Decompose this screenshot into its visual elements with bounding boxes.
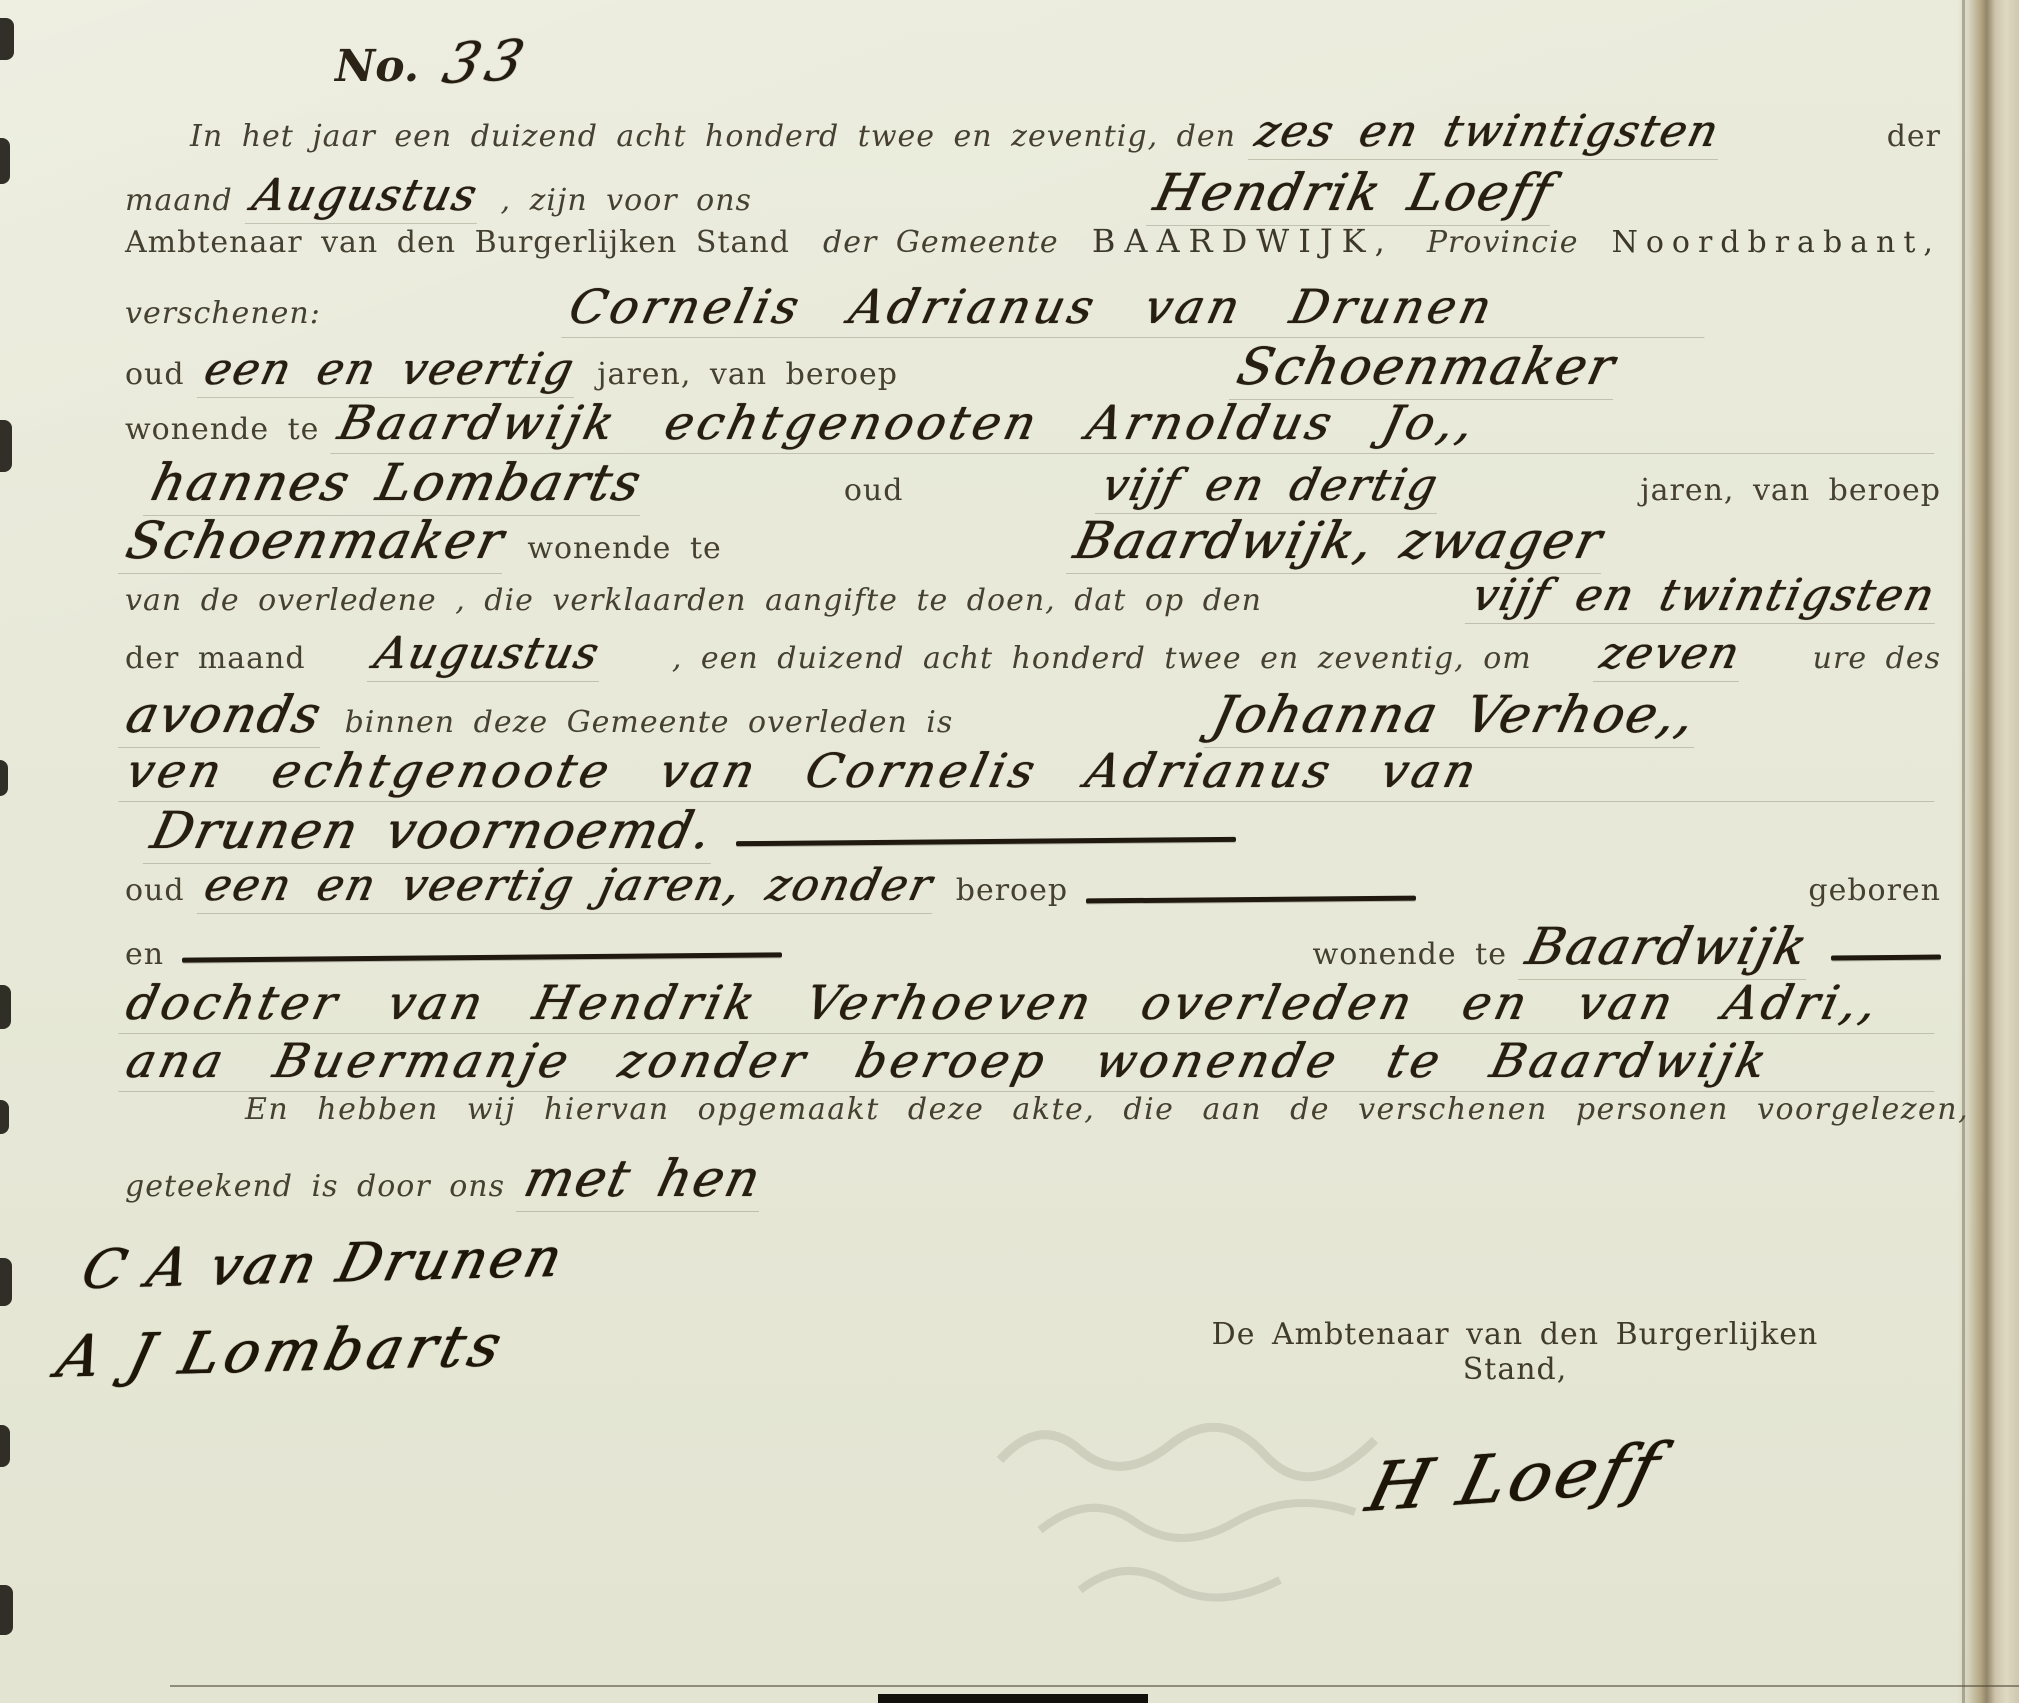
printed-text: Provincie <box>1427 225 1579 260</box>
handwritten-text: Drunen voornoemd. <box>143 802 725 864</box>
handwritten-text: zes en twintigsten <box>1248 106 1731 160</box>
ink-rule <box>1831 955 1941 961</box>
document-line: hannes Lombartsoudvijf en dertigjaren, v… <box>150 454 1941 512</box>
signature-declarant-1: C A van Drunen <box>76 1226 571 1301</box>
ink-rule <box>182 952 782 962</box>
document-line: oudeen en veertig jaren, zonderberoepgeb… <box>125 860 1941 918</box>
printed-text: Noordbrabant, <box>1612 225 1941 260</box>
handwritten-text: dochter van Hendrik Verhoeven overleden … <box>118 976 1947 1034</box>
document-content: No. 33 In het jaar een duizend acht hond… <box>105 30 1941 1652</box>
signature-declarant-2: A J Lombarts <box>50 1311 512 1391</box>
handwritten-text: vijf en twintigsten <box>1465 570 1947 624</box>
handwritten-text: Baardwijk echtgenooten Arnoldus Jo,, <box>331 396 1948 454</box>
document-line: verschenen:Cornelis Adrianus van Drunen <box>125 280 1941 338</box>
page-edge-mark <box>878 1694 1148 1703</box>
death-certificate-page: No. 33 In het jaar een duizend acht hond… <box>0 0 2019 1703</box>
document-line: oudeen en veertigjaren, van beroepSchoen… <box>125 338 1941 396</box>
page-edge-mark <box>0 1425 10 1467</box>
printed-text: Ambtenaar van den Burgerlijken Stand <box>125 225 790 260</box>
handwritten-text: Hendrik Loeff <box>1146 164 1565 226</box>
page-edge-mark <box>0 1258 12 1306</box>
handwritten-text: een en veertig <box>196 344 585 398</box>
page-edge-mark <box>0 18 14 60</box>
handwritten-text: Schoenmaker <box>118 512 517 574</box>
binding-edge <box>1957 0 2019 1703</box>
document-line: Ambtenaar van den Burgerlijken Standder … <box>125 222 1941 280</box>
handwritten-text: Augustus <box>245 170 489 224</box>
printed-text: In het jaar een duizend acht honderd twe… <box>190 119 1236 154</box>
document-line: ana Buermanje zonder beroep wonende te B… <box>125 1034 1941 1092</box>
printed-text: , zijn voor ons <box>501 183 752 218</box>
printed-text: oud <box>125 357 185 392</box>
document-line: ven echtgenoote van Cornelis Adrianus va… <box>125 744 1941 802</box>
handwritten-text: Augustus <box>367 628 611 682</box>
act-number-value: 33 <box>437 28 537 97</box>
document-line: En hebben wij hiervan opgemaakt deze akt… <box>245 1092 1941 1150</box>
printed-text: geteekend is door ons <box>125 1169 505 1204</box>
document-line: van de overledene , die verklaarden aang… <box>125 570 1941 628</box>
document-line: der maandAugustus, een duizend acht hond… <box>125 628 1941 686</box>
printed-text: en <box>125 937 164 972</box>
document-body: In het jaar een duizend acht honderd twe… <box>105 106 1941 1208</box>
printed-text: oud <box>844 473 904 508</box>
document-line: In het jaar een duizend acht honderd twe… <box>190 106 1941 164</box>
official-block: De Ambtenaar van den Burgerlijken Stand,… <box>1195 1317 1835 1518</box>
ink-rule <box>1086 896 1416 904</box>
printed-text: verschenen: <box>125 296 321 331</box>
page-edge-mark <box>0 1585 13 1635</box>
printed-text: , een duizend acht honderd twee en zeven… <box>672 641 1532 676</box>
page-edge-mark <box>0 420 12 472</box>
ink-rule <box>736 837 1236 846</box>
page-edge-mark <box>0 1100 9 1134</box>
handwritten-text: ana Buermanje zonder beroep wonende te B… <box>118 1034 1947 1092</box>
official-title: De Ambtenaar van den Burgerlijken Stand, <box>1195 1317 1835 1387</box>
printed-text: der maand <box>125 641 306 676</box>
document-line: enwonende teBaardwijk <box>125 918 1941 976</box>
document-line: dochter van Hendrik Verhoeven overleden … <box>125 976 1941 1034</box>
handwritten-text: vijf en dertig <box>1094 460 1449 514</box>
printed-text: En hebben wij hiervan opgemaakt deze akt… <box>245 1092 2019 1127</box>
printed-text: wonende te <box>1313 937 1507 972</box>
printed-text: BAARDWIJK, <box>1092 222 1394 260</box>
printed-text: beroep <box>956 873 1068 908</box>
handwritten-text: avonds <box>118 686 334 748</box>
printed-text: jaren, van beroep <box>597 357 898 392</box>
handwritten-text: een en veertig jaren, zonder <box>196 860 944 914</box>
document-line: geteekend is door onsmet hen <box>125 1150 1941 1208</box>
handwritten-text: Cornelis Adrianus van Drunen <box>562 280 1719 338</box>
document-line: maandAugustus, zijn voor onsHendrik Loef… <box>125 164 1941 222</box>
handwritten-text: Baardwijk <box>1518 918 1820 980</box>
signature-official: H Loeff <box>1359 1429 1670 1528</box>
printed-text: oud <box>125 873 185 908</box>
printed-text: wonende te <box>527 531 721 566</box>
document-line: wonende teBaardwijk echtgenooten Arnoldu… <box>125 396 1941 454</box>
document-line: Drunen voornoemd. <box>150 802 1941 860</box>
handwritten-text: hannes Lombarts <box>143 454 654 516</box>
printed-text: jaren, van beroep <box>1640 473 1941 508</box>
handwritten-text: met hen <box>516 1150 773 1212</box>
page-edge-mark <box>0 760 8 796</box>
handwritten-text: Johanna Verhoe,, <box>1204 686 1708 748</box>
document-line: Schoenmakerwonende teBaardwijk, zwager <box>125 512 1941 570</box>
handwritten-text: zeven <box>1593 628 1752 682</box>
printed-text: maand <box>125 183 233 218</box>
printed-text: ure des <box>1813 641 1941 676</box>
printed-text: der <box>1887 119 1941 154</box>
bottom-rule <box>170 1685 2019 1687</box>
printed-text: der Gemeente <box>823 225 1059 260</box>
handwritten-text: ven echtgenoote van Cornelis Adrianus va… <box>118 744 1947 802</box>
page-edge-mark <box>0 985 11 1029</box>
signature-area: C A van Drunen A J Lombarts De Ambtenaar… <box>105 1222 1941 1652</box>
printed-text: van de overledene , die verklaarden aang… <box>125 583 1262 618</box>
document-line: avondsbinnen deze Gemeente overleden isJ… <box>125 686 1941 744</box>
handwritten-text: Baardwijk, zwager <box>1066 512 1615 574</box>
handwritten-text: Schoenmaker <box>1229 338 1628 400</box>
page-edge-mark <box>0 138 10 184</box>
printed-text: binnen deze Gemeente overleden is <box>345 705 954 740</box>
act-number-prefix: No. <box>335 41 419 92</box>
printed-text: geboren <box>1808 873 1941 908</box>
act-number-line: No. 33 <box>335 30 1941 106</box>
printed-text: wonende te <box>125 412 319 447</box>
